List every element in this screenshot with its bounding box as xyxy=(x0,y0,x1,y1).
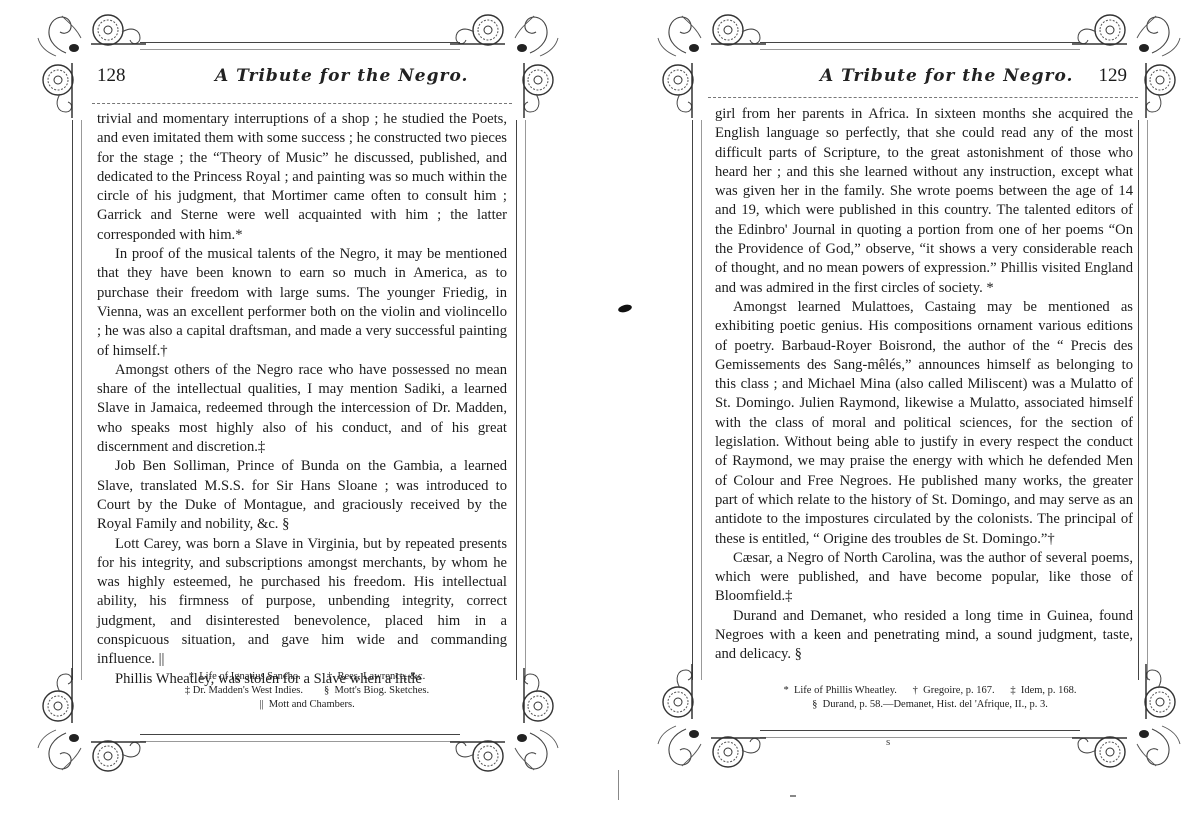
page-body: girl from her parents in Africa. In sixt… xyxy=(715,105,1133,665)
footnote-line: || Mott and Chambers. xyxy=(97,698,517,712)
running-title: A Tribute for the Negro. xyxy=(215,66,468,86)
footnote-line: ‡ Dr. Madden's West Indies. § Mott's Bio… xyxy=(97,684,517,698)
frame-top-border xyxy=(760,42,1080,50)
frame-bottom-border xyxy=(760,730,1080,738)
footnotes: * Life of Phillis Wheatley. † Gregoire, … xyxy=(720,684,1140,712)
page-number: 129 xyxy=(1099,65,1128,87)
paragraph: Durand and Demanet, who resided a long t… xyxy=(715,607,1133,665)
paragraph: Amongst others of the Negro race who hav… xyxy=(97,361,507,457)
paper-speck xyxy=(790,795,796,797)
ornament-corner-bottom-left xyxy=(656,664,766,774)
footnote-line: * Life of Phillis Wheatley. † Gregoire, … xyxy=(720,684,1140,698)
paragraph: trivial and momentary interruptions of a… xyxy=(97,110,507,245)
ornament-corner-bottom-right xyxy=(1072,664,1182,774)
paragraph: Cæsar, a Negro of North Carolina, was th… xyxy=(715,549,1133,607)
paragraph: Amongst learned Mulattoes, Castaing may … xyxy=(715,298,1133,549)
footnote-line: * Life of Ignatius Sancho. † Rees, Lawre… xyxy=(97,670,517,684)
frame-left-border xyxy=(692,120,702,680)
paragraph: Lott Carey, was born a Slave in Virginia… xyxy=(97,535,507,670)
frame-right-border xyxy=(1138,120,1148,680)
page-number: 128 xyxy=(97,65,126,87)
page-body: trivial and momentary interruptions of a… xyxy=(97,110,507,689)
frame-bottom-border xyxy=(140,734,460,742)
footnote-line: § Durand, p. 58.—Demanet, Hist. del 'Afr… xyxy=(720,698,1140,712)
signature-mark: s xyxy=(886,736,890,748)
page-header: A Tribute for the Negro. 129 xyxy=(715,62,1135,90)
footnotes: * Life of Ignatius Sancho. † Rees, Lawre… xyxy=(97,670,517,712)
header-rule xyxy=(708,97,1138,102)
frame-top-border xyxy=(140,42,460,50)
page-header: 128 A Tribute for the Negro. xyxy=(97,62,507,90)
frame-left-border xyxy=(72,120,82,680)
right-page: A Tribute for the Negro. 129 girl from h… xyxy=(600,0,1200,816)
paragraph: Job Ben Solliman, Prince of Bunda on the… xyxy=(97,457,507,534)
paragraph: girl from her parents in Africa. In sixt… xyxy=(715,105,1133,298)
paragraph: In proof of the musical talents of the N… xyxy=(97,245,507,361)
frame-right-border xyxy=(516,120,526,680)
running-title: A Tribute for the Negro. xyxy=(820,66,1073,86)
paper-speck xyxy=(618,770,619,800)
left-page: 128 A Tribute for the Negro. trivial and… xyxy=(0,0,600,816)
header-rule xyxy=(92,103,512,108)
